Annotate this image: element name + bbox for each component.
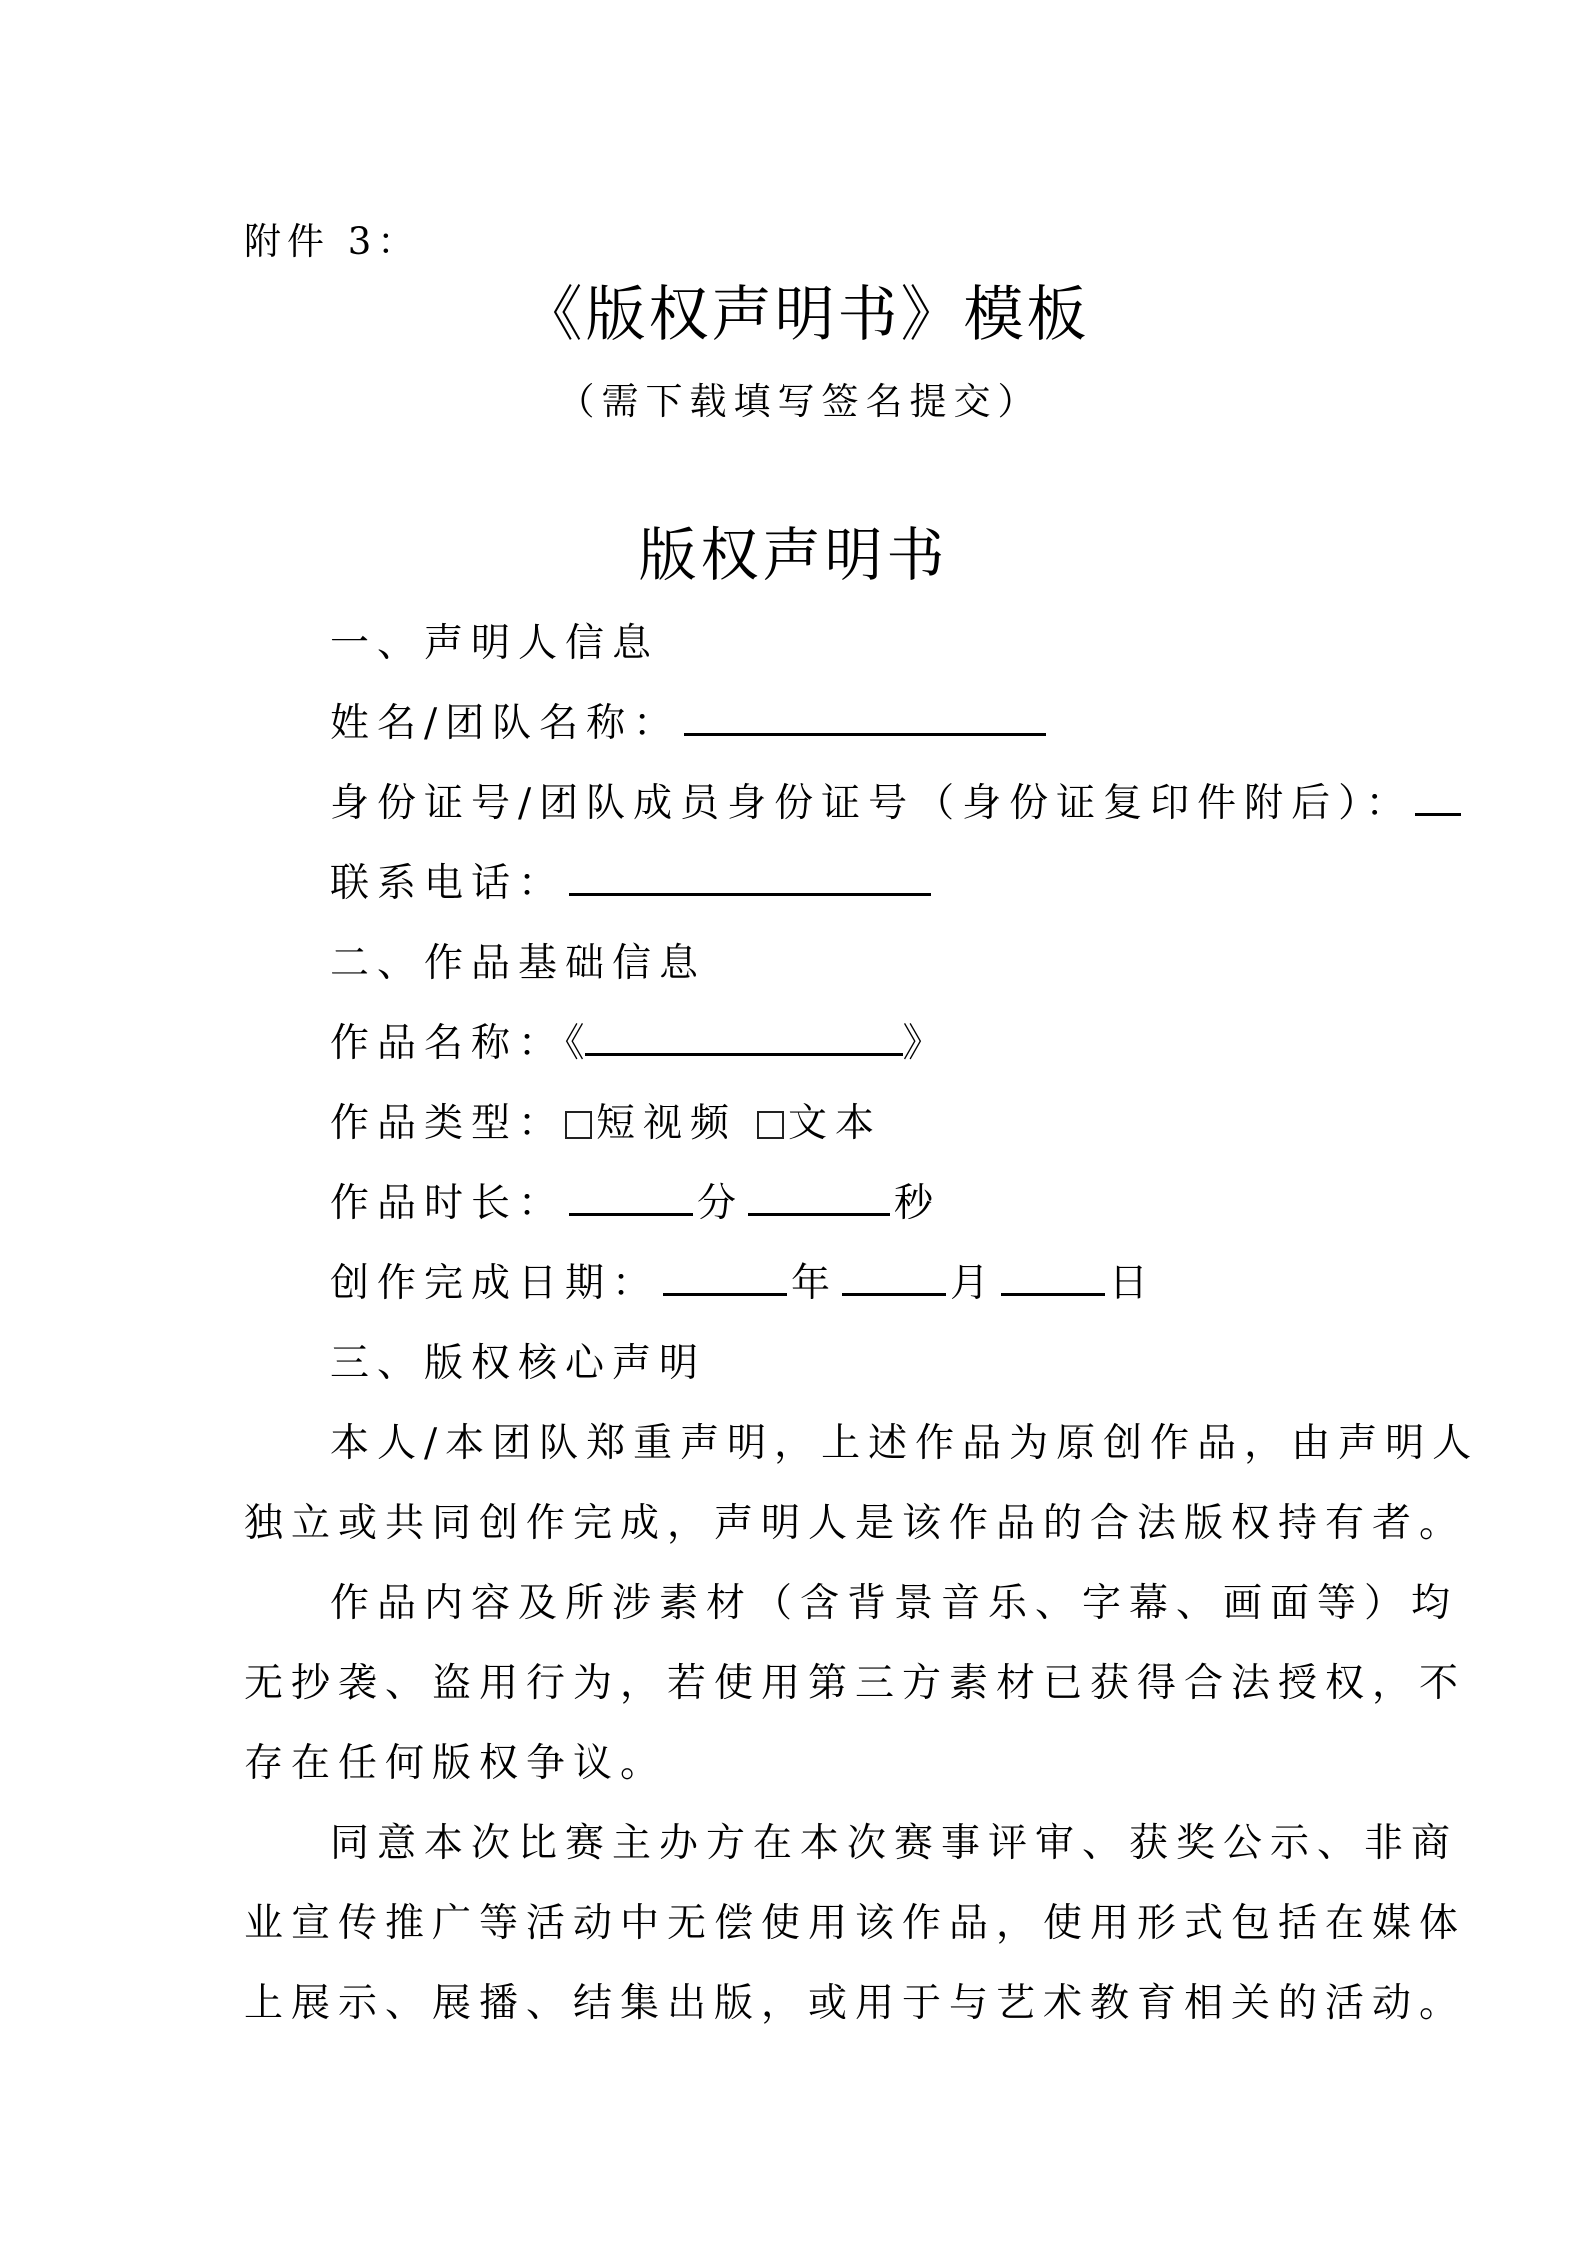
month-field[interactable]	[842, 1263, 946, 1296]
month-unit: 月	[950, 1261, 997, 1306]
work-type-row: 作品类型：短视频文本	[330, 1100, 882, 1148]
paragraph-line: 无抄袭、盗用行为，若使用第三方素材已获得合法授权，不	[244, 1660, 1466, 1708]
option-label: 文本	[788, 1101, 882, 1146]
checkbox-icon[interactable]	[565, 1111, 592, 1139]
work-type-option-short-video[interactable]: 短视频	[565, 1101, 737, 1146]
minutes-unit: 分	[697, 1181, 744, 1226]
id-row: 身份证号/团队成员身份证号（身份证复印件附后）：	[330, 780, 1465, 828]
phone-row: 联系电话：	[330, 860, 935, 908]
id-field[interactable]	[1415, 783, 1461, 816]
paragraph-line: 独立或共同创作完成，声明人是该作品的合法版权持有者。	[244, 1500, 1466, 1548]
work-name-label: 作品名称：	[330, 1021, 565, 1066]
attachment-label: 附件 3：	[244, 218, 420, 266]
name-field[interactable]	[684, 703, 1046, 736]
template-title: 《版权声明书》模板	[0, 280, 1587, 350]
date-label: 创作完成日期：	[330, 1261, 659, 1306]
duration-row: 作品时长：分秒	[330, 1180, 941, 1228]
completion-date-row: 创作完成日期：年月日	[330, 1260, 1156, 1308]
instruction-note: （需下载填写签名提交）	[0, 378, 1587, 426]
section-heading-declarant: 一、声明人信息	[330, 620, 659, 668]
work-type-label: 作品类型：	[330, 1101, 565, 1146]
year-field[interactable]	[663, 1263, 787, 1296]
minutes-field[interactable]	[569, 1183, 693, 1216]
paragraph-line: 存在任何版权争议。	[244, 1740, 667, 1788]
name-row: 姓名/团队名称：	[330, 700, 1050, 748]
paragraph-line: 本人/本团队郑重声明，上述作品为原创作品，由声明人	[330, 1420, 1479, 1468]
work-type-option-text[interactable]: 文本	[757, 1101, 882, 1146]
paragraph-line: 作品内容及所涉素材（含背景音乐、字幕、画面等）均	[330, 1580, 1458, 1628]
checkbox-icon[interactable]	[757, 1111, 784, 1139]
phone-label: 联系电话：	[330, 861, 565, 906]
paragraph-line: 上展示、展播、结集出版，或用于与艺术教育相关的活动。	[244, 1980, 1466, 2028]
document-page: 附件 3： 《版权声明书》模板 （需下载填写签名提交） 版权声明书 一、声明人信…	[0, 0, 1587, 2245]
name-label: 姓名/团队名称：	[330, 701, 680, 746]
document-title: 版权声明书	[0, 520, 1587, 590]
open-title-mark: 《	[565, 1021, 585, 1066]
section-heading-copyright: 三、版权核心声明	[330, 1340, 706, 1388]
duration-label: 作品时长：	[330, 1181, 565, 1226]
day-field[interactable]	[1001, 1263, 1105, 1296]
id-label: 身份证号/团队成员身份证号（身份证复印件附后）：	[330, 781, 1413, 826]
work-name-row: 作品名称：《》	[330, 1020, 950, 1068]
paragraph-line: 同意本次比赛主办方在本次赛事评审、获奖公示、非商	[330, 1820, 1458, 1868]
phone-field[interactable]	[569, 863, 931, 896]
work-name-field[interactable]	[585, 1023, 903, 1056]
year-unit: 年	[791, 1261, 838, 1306]
paragraph-line: 业宣传推广等活动中无偿使用该作品，使用形式包括在媒体	[244, 1900, 1466, 1948]
section-heading-work-info: 二、作品基础信息	[330, 940, 706, 988]
option-label: 短视频	[596, 1101, 737, 1146]
seconds-unit: 秒	[894, 1181, 941, 1226]
close-title-mark: 》	[903, 1021, 950, 1066]
day-unit: 日	[1109, 1261, 1156, 1306]
seconds-field[interactable]	[748, 1183, 890, 1216]
